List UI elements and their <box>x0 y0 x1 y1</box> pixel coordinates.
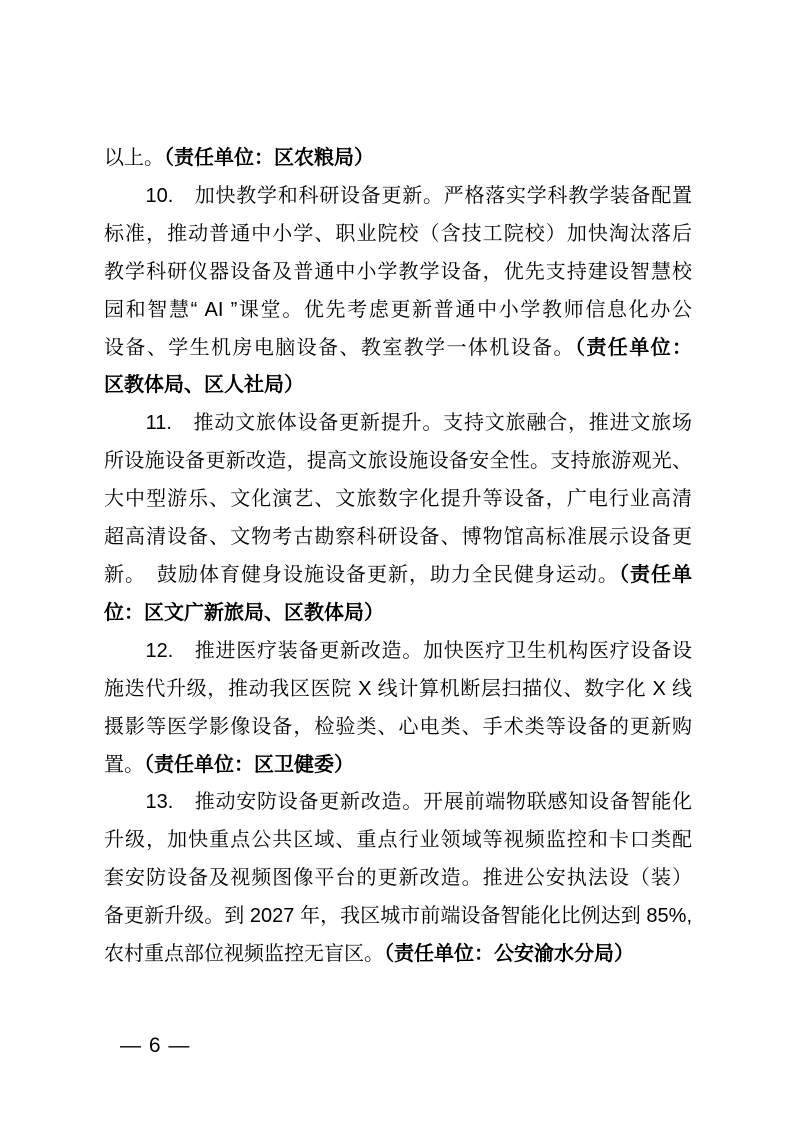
body-text: 摄影等医学影像设备，检验类、心电类、手术类等设备的更新购 <box>104 716 692 738</box>
text-line: 教学科研仪器设备及普通中小学教学设备，优先支持建设智慧校 <box>104 254 692 292</box>
text-line: 区教体局、区人社局） <box>104 367 692 405</box>
text-line: 备更新升级。到 2027 年，我区城市前端设备智能化比例达到 85%, <box>104 898 692 936</box>
responsibility-unit-text: 位：区文广新旅局、区教体局） <box>104 602 384 624</box>
text-line: 超高清设备、文物考古勘察科研设备、博物馆高标准展示设备更 <box>104 519 692 557</box>
body-text: 备更新升级。到 2027 年，我区城市前端设备智能化比例达到 85%, <box>104 905 692 927</box>
body-text: 新。 鼓励体育健身设施设备更新，助力全民健身运动。 <box>104 564 619 586</box>
text-line: 摄影等医学影像设备，检验类、心电类、手术类等设备的更新购 <box>104 709 692 747</box>
text-line: 套安防设备及视频图像平台的更新改造。推进公安执法设（装） <box>104 860 692 898</box>
text-line: 13. 推动安防设备更新改造。开展前端物联感知设备智能化 <box>104 784 692 822</box>
document-page: 以上。（责任单位：区农粮局） 10. 加快教学和科研设备更新。严格落实学科教学装… <box>0 0 793 1122</box>
text-line: 12. 推进医疗装备更新改造。加快医疗卫生机构医疗设备设 <box>104 633 692 671</box>
body-text: 10. 加快教学和科研设备更新。严格落实学科教学装备配置 <box>104 185 692 207</box>
body-text: 12. 推进医疗装备更新改造。加快医疗卫生机构医疗设备设 <box>104 640 692 662</box>
text-line: 大中型游乐、文化演艺、文旅数字化提升等设备，广电行业高清 <box>104 481 692 519</box>
text-line: 置。（责任单位：区卫健委） <box>104 747 692 785</box>
body-text: 园和智慧“ AI ”课堂。优先考虑更新普通中小学教师信息化办公 <box>104 299 692 321</box>
text-line: 位：区文广新旅局、区教体局） <box>104 595 692 633</box>
text-line: 10. 加快教学和科研设备更新。严格落实学科教学装备配置 <box>104 178 692 216</box>
responsibility-unit-text: （责任单位：区农粮局） <box>164 147 374 169</box>
text-line: 新。 鼓励体育健身设施设备更新，助力全民健身运动。（责任单 <box>104 557 692 595</box>
body-text: 11. 推动文旅体设备更新提升。支持文旅融合，推进文旅场 <box>104 412 692 434</box>
body-text: 套安防设备及视频图像平台的更新改造。推进公安执法设（装） <box>104 867 692 889</box>
responsibility-unit-text: 区教体局、区人社局） <box>104 374 304 396</box>
document-body: 以上。（责任单位：区农粮局） 10. 加快教学和科研设备更新。严格落实学科教学装… <box>104 140 692 974</box>
body-text: 以上。 <box>104 147 164 169</box>
page-number: — 6 — <box>120 1031 190 1061</box>
text-line: 所设施设备更新改造，提高文旅设施设备安全性。支持旅游观光、 <box>104 443 692 481</box>
text-line: 升级，加快重点公共区域、重点行业领域等视频监控和卡口类配 <box>104 822 692 860</box>
responsibility-unit-text: （责任单位： <box>575 337 692 359</box>
body-text: 大中型游乐、文化演艺、文旅数字化提升等设备，广电行业高清 <box>104 488 692 510</box>
body-text: 设备、学生机房电脑设备、教室教学一体机设备。 <box>104 337 575 359</box>
body-text: 所设施设备更新改造，提高文旅设施设备安全性。支持旅游观光、 <box>104 450 692 472</box>
body-text: 标准，推动普通中小学、职业院校（含技工院校）加快淘汰落后 <box>104 223 692 245</box>
body-text: 置。 <box>104 754 144 776</box>
responsibility-unit-text: （责任单位：公安渝水分局） <box>384 943 634 965</box>
text-line: 农村重点部位视频监控无盲区。（责任单位：公安渝水分局） <box>104 936 692 974</box>
responsibility-unit-text: （责任单 <box>619 564 692 586</box>
text-line: 施迭代升级，推动我区医院 X 线计算机断层扫描仪、数字化 X 线 <box>104 671 692 709</box>
body-text: 农村重点部位视频监控无盲区。 <box>104 943 384 965</box>
body-text: 13. 推动安防设备更新改造。开展前端物联感知设备智能化 <box>104 791 692 813</box>
text-line: 园和智慧“ AI ”课堂。优先考虑更新普通中小学教师信息化办公 <box>104 292 692 330</box>
body-text: 升级，加快重点公共区域、重点行业领域等视频监控和卡口类配 <box>104 829 692 851</box>
text-line: 11. 推动文旅体设备更新提升。支持文旅融合，推进文旅场 <box>104 405 692 443</box>
body-text: 教学科研仪器设备及普通中小学教学设备，优先支持建设智慧校 <box>104 261 692 283</box>
text-line: 以上。（责任单位：区农粮局） <box>104 140 692 178</box>
responsibility-unit-text: （责任单位：区卫健委） <box>144 754 354 776</box>
text-line: 标准，推动普通中小学、职业院校（含技工院校）加快淘汰落后 <box>104 216 692 254</box>
text-line: 设备、学生机房电脑设备、教室教学一体机设备。（责任单位： <box>104 330 692 368</box>
body-text: 超高清设备、文物考古勘察科研设备、博物馆高标准展示设备更 <box>104 526 692 548</box>
body-text: 施迭代升级，推动我区医院 X 线计算机断层扫描仪、数字化 X 线 <box>104 678 692 700</box>
